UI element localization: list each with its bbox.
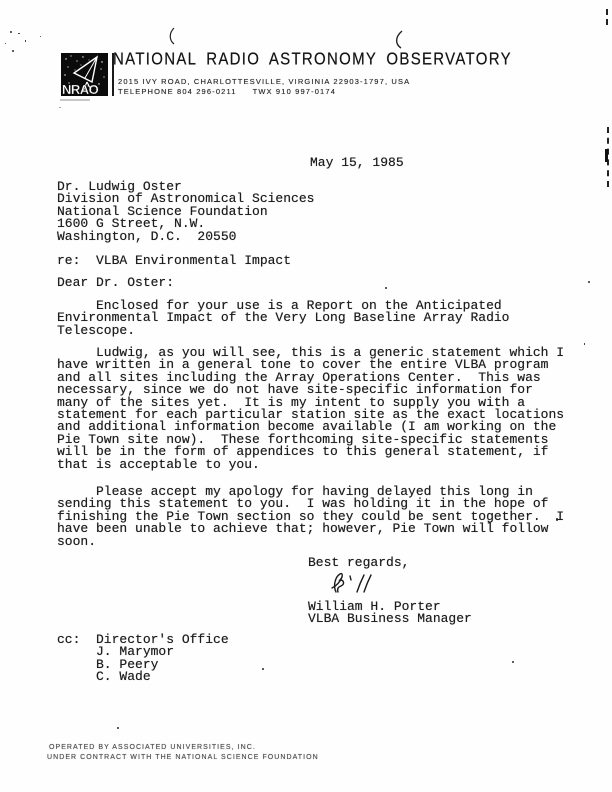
scan-artifact-dot [40,36,41,37]
closing-line: Best regards, [308,557,409,569]
footer-line-1: OPERATED BY ASSOCIATED UNIVERSITIES, INC… [49,744,256,751]
letter-date: May 15, 1985 [310,157,404,169]
scan-artifact-dot [556,518,558,521]
scanned-letter-page: NRAO NATIONAL RADIO ASTRONOMY OBSERVATOR… [0,0,612,792]
scan-artifact-dot [12,50,15,53]
scan-artifact-dot [512,661,514,663]
scan-artifact-dot [117,727,119,729]
svg-text:NRAO: NRAO [62,82,99,96]
handwritten-signature-bill [330,572,374,594]
scan-artifact-paren-small [167,27,175,45]
letterhead-address: 2015 IVY ROAD, CHARLOTTESVILLE, VIRGINIA… [118,77,410,86]
scan-artifact-dot [588,281,590,283]
scan-artifact-edge-segment [605,149,608,162]
nrao-logo: NRAO [61,53,108,96]
footer-line-2: UNDER CONTRACT WITH THE NATIONAL SCIENCE… [47,754,319,761]
scan-artifact-dot [385,287,387,289]
scan-artifact-smear [60,99,90,101]
paragraph-3: Please accept my apology for having dela… [57,486,564,548]
cc-block: cc: Director's Office J. Marymor B. Peer… [57,634,229,684]
scan-artifact-paren-large [393,30,403,49]
paragraph-1: Enclosed for your use is a Report on the… [57,300,509,337]
scan-artifact-dot [59,107,61,108]
scan-artifact-dot [262,668,264,670]
radio-telescope-icon: NRAO [61,53,108,96]
scan-artifact-dot [5,43,6,44]
scan-artifact-dot [18,33,20,34]
scan-artifact-dot [25,40,26,42]
letterhead-phone: TELEPHONE 804 296-0211 TWX 910 997-0174 [118,87,336,96]
paragraph-2: Ludwig, as you will see, this is a gener… [57,347,564,471]
signer-block: William H. Porter VLBA Business Manager [308,601,472,626]
recipient-address-block: Dr. Ludwig Oster Division of Astronomica… [57,181,314,243]
scan-artifact-dot [10,31,12,33]
organization-name: NATIONAL RADIO ASTRONOMY OBSERVATORY [113,49,512,69]
scan-artifact-edge-dash [606,9,608,25]
subject-line: re: VLBA Environmental Impact [57,255,291,267]
salutation: Dear Dr. Oster: [57,277,174,289]
scan-artifact-dot [584,343,585,345]
